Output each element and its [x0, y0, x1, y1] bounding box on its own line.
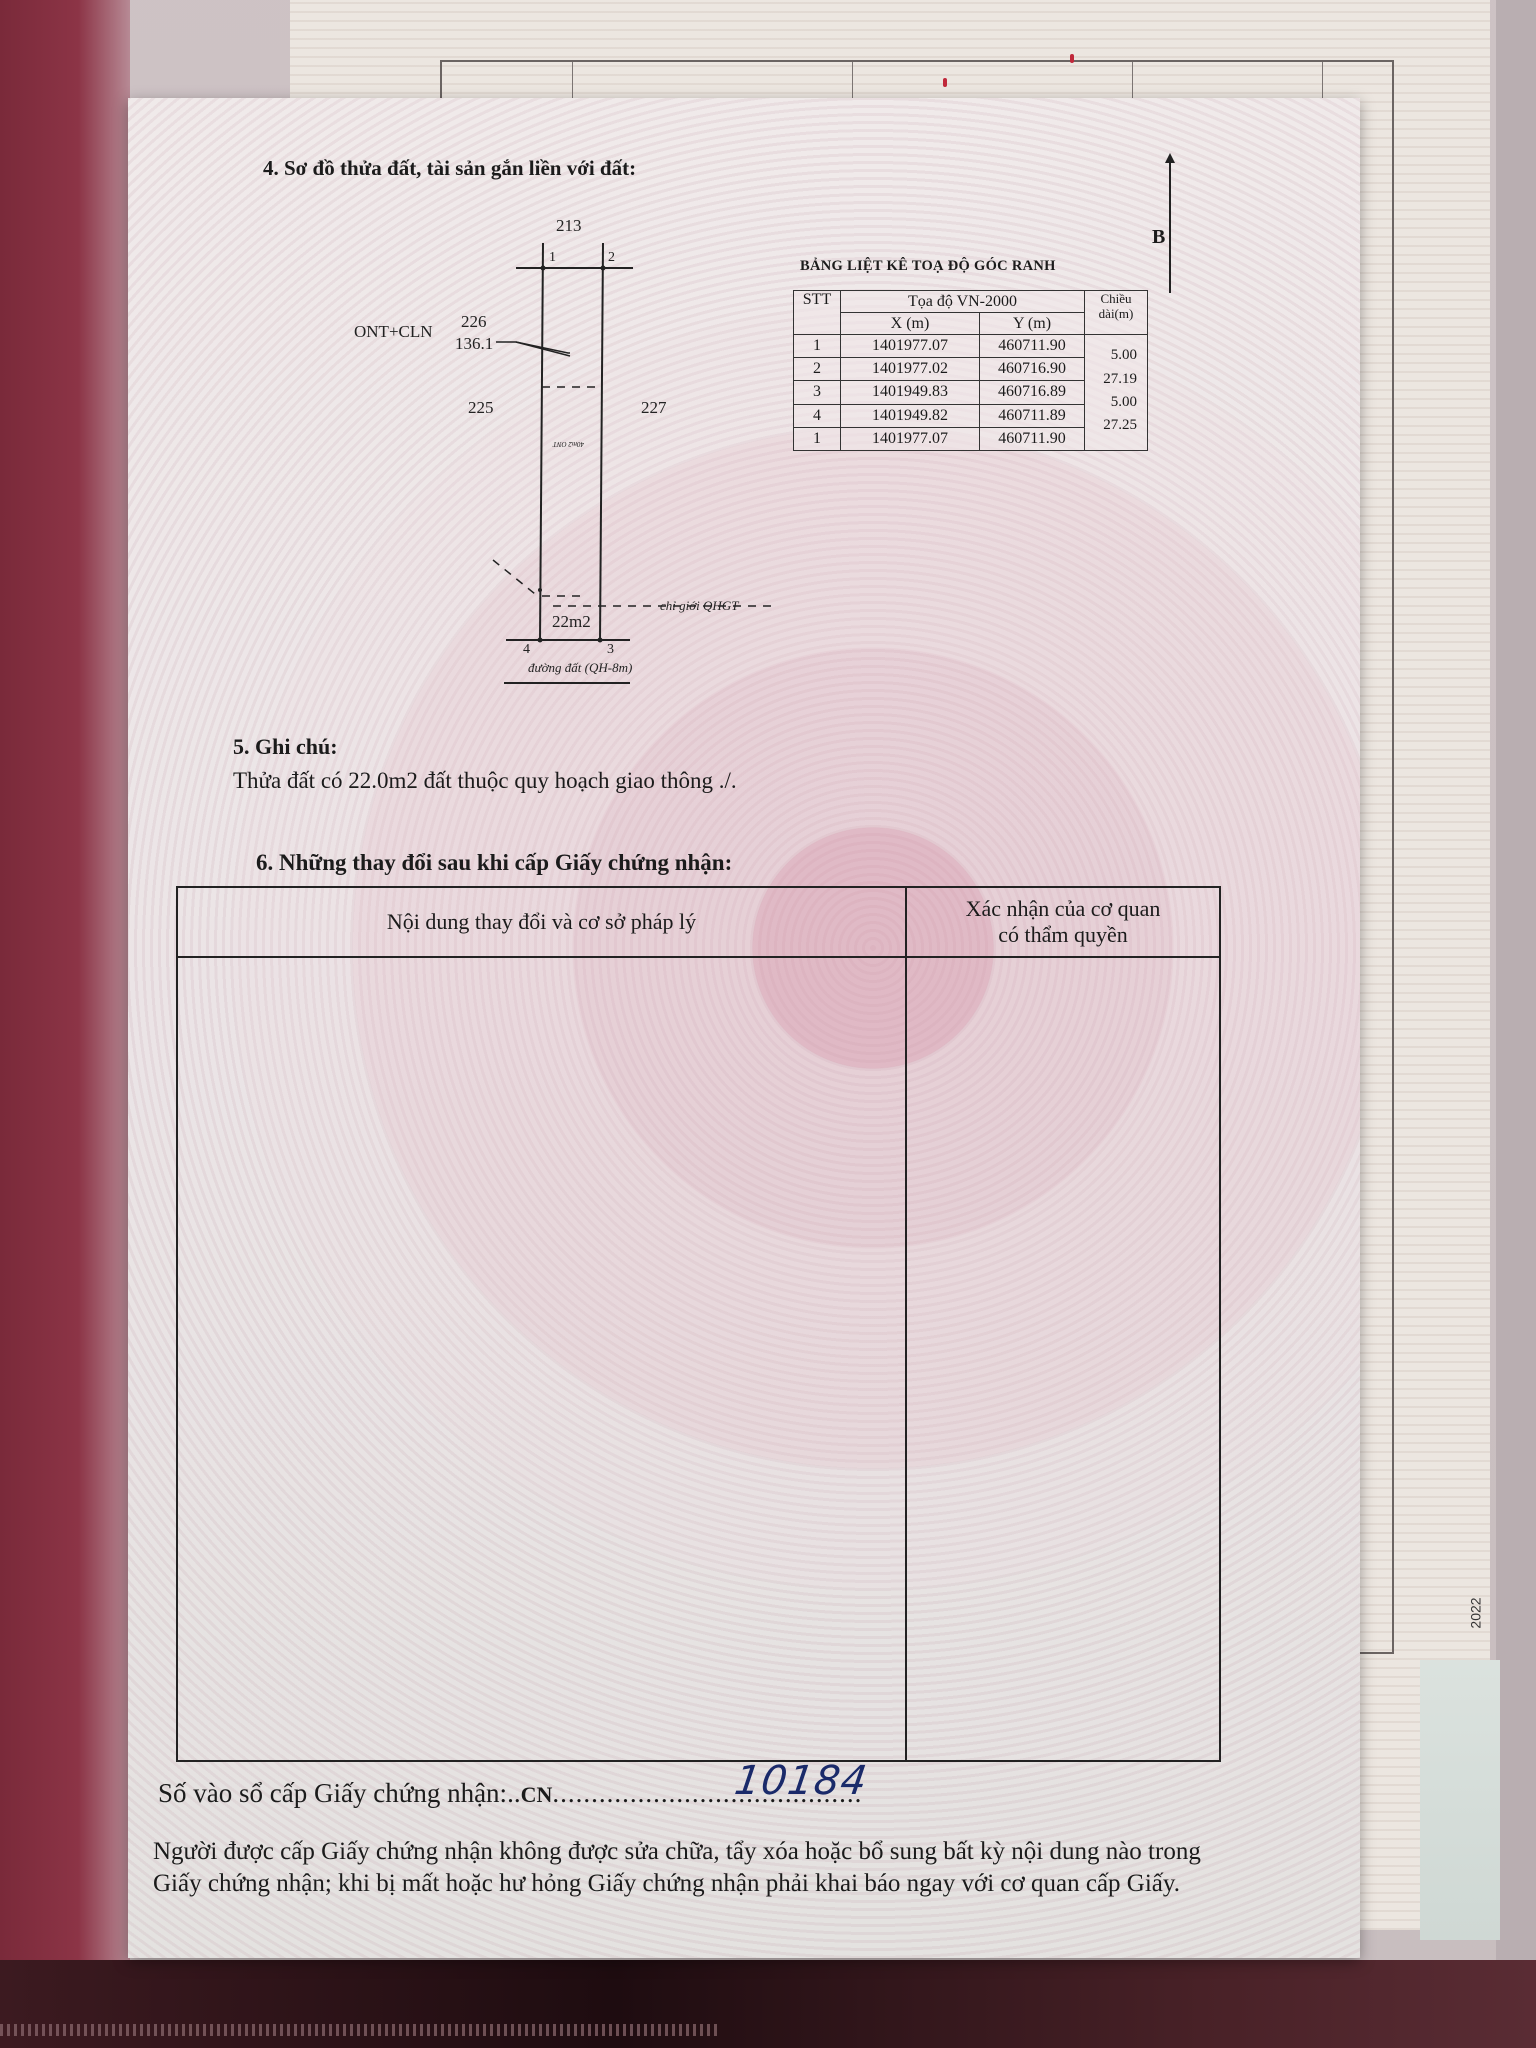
parcel-land-use: ONT+CLN [354, 322, 433, 342]
coord-x: 1401949.82 [841, 404, 980, 427]
section-5-note: Thửa đất có 22.0m2 đất thuộc quy hoạch g… [233, 768, 737, 794]
coord-table-title: BẢNG LIỆT KÊ TOẠ ĐỘ GÓC RANH [800, 258, 1056, 275]
folder-cover-left [0, 0, 130, 2048]
registration-code-prefix: CN [521, 1782, 553, 1807]
red-mark [1070, 54, 1074, 63]
road-reserve-area: 22m2 [552, 612, 591, 632]
neighbor-parcel-right: 227 [641, 398, 667, 418]
notice-text: Người được cấp Giấy chứng nhận không đượ… [153, 1836, 1353, 1900]
coord-y: 460711.89 [980, 404, 1085, 427]
section-6-title: 6. Những thay đổi sau khi cấp Giấy chứng… [256, 850, 732, 876]
cover-pattern [0, 2024, 720, 2036]
section-5-title: 5. Ghi chú: [233, 734, 338, 760]
certificate-page: 4. Sơ đồ thửa đất, tài sản gắn liền với … [128, 98, 1360, 1958]
inner-small-label: 40m2 ONT [553, 440, 584, 448]
coord-header-stt: STT [794, 291, 841, 335]
changes-confirmation-cell [906, 957, 1220, 1761]
changes-header-content: Nội dung thay đổi và cơ sở pháp lý [177, 887, 906, 957]
coord-y: 460716.90 [980, 358, 1085, 381]
corner-label-2: 2 [608, 250, 615, 266]
coord-row: 1 1401977.07 460711.90 5.00 27.19 5.00 2… [794, 335, 1148, 358]
registration-label: Số vào sổ cấp Giấy chứng nhận: [158, 1778, 507, 1808]
coord-y: 460716.89 [980, 381, 1085, 404]
back-page-year: 2022 [1468, 1597, 1484, 1628]
corner-label-4: 4 [523, 642, 530, 658]
changes-header-confirmation-line2: có thẩm quyền [908, 922, 1218, 948]
length-4-1: 27.25 [1103, 417, 1137, 434]
changes-table: Nội dung thay đổi và cơ sở pháp lý Xác n… [176, 886, 1221, 1762]
coord-header-x: X (m) [841, 313, 980, 335]
coord-stt: 1 [794, 427, 841, 450]
length-3-4: 5.00 [1111, 394, 1137, 411]
coord-header-y: Y (m) [980, 313, 1085, 335]
folder-cover-right [1496, 0, 1536, 2048]
north-label: B [1152, 226, 1165, 249]
length-1-2: 5.00 [1111, 347, 1137, 364]
road-label: đường đất (QH-8m) [528, 660, 632, 676]
coord-x: 1401977.07 [841, 427, 980, 450]
changes-content-cell [177, 957, 906, 1761]
coord-table: STT Tọa độ VN-2000 Chiều dài(m) X (m) Y … [793, 290, 1148, 451]
changes-empty-row [177, 957, 1220, 1761]
coord-stt: 3 [794, 381, 841, 404]
coord-x: 1401949.83 [841, 381, 980, 404]
registration-number-handwritten: 10184 [732, 1758, 871, 1804]
coord-stt: 4 [794, 404, 841, 427]
coord-header-group: Tọa độ VN-2000 [841, 291, 1085, 313]
back-page-edge [1420, 1660, 1500, 1940]
changes-header-confirmation-line1: Xác nhận của cơ quan [908, 896, 1218, 922]
length-2-3: 27.19 [1103, 371, 1137, 388]
coord-y: 460711.90 [980, 427, 1085, 450]
coord-y: 460711.90 [980, 335, 1085, 358]
red-mark [943, 78, 947, 87]
notice-line-2: Giấy chứng nhận; khi bị mất hoặc hư hỏng… [153, 1868, 1353, 1900]
registration-dots: .. [507, 1778, 521, 1808]
changes-header-confirmation: Xác nhận của cơ quan có thẩm quyền [906, 887, 1220, 957]
road-reserve-label: chỉ giới QHGT [660, 598, 738, 614]
coord-lengths: 5.00 27.19 5.00 27.25 [1085, 335, 1148, 451]
coord-x: 1401977.02 [841, 358, 980, 381]
neighbor-parcel-top: 213 [556, 216, 582, 236]
coord-x: 1401977.07 [841, 335, 980, 358]
corner-label-1: 1 [549, 250, 556, 266]
coord-stt: 2 [794, 358, 841, 381]
north-arrow-icon [1160, 153, 1180, 293]
notice-line-1: Người được cấp Giấy chứng nhận không đượ… [153, 1836, 1353, 1868]
neighbor-parcel-left: 225 [468, 398, 494, 418]
parcel-area: 136.1 [455, 334, 493, 354]
coord-stt: 1 [794, 335, 841, 358]
corner-label-3: 3 [607, 642, 614, 658]
parcel-number: 226 [461, 312, 487, 332]
coord-header-length: Chiều dài(m) [1085, 291, 1148, 335]
